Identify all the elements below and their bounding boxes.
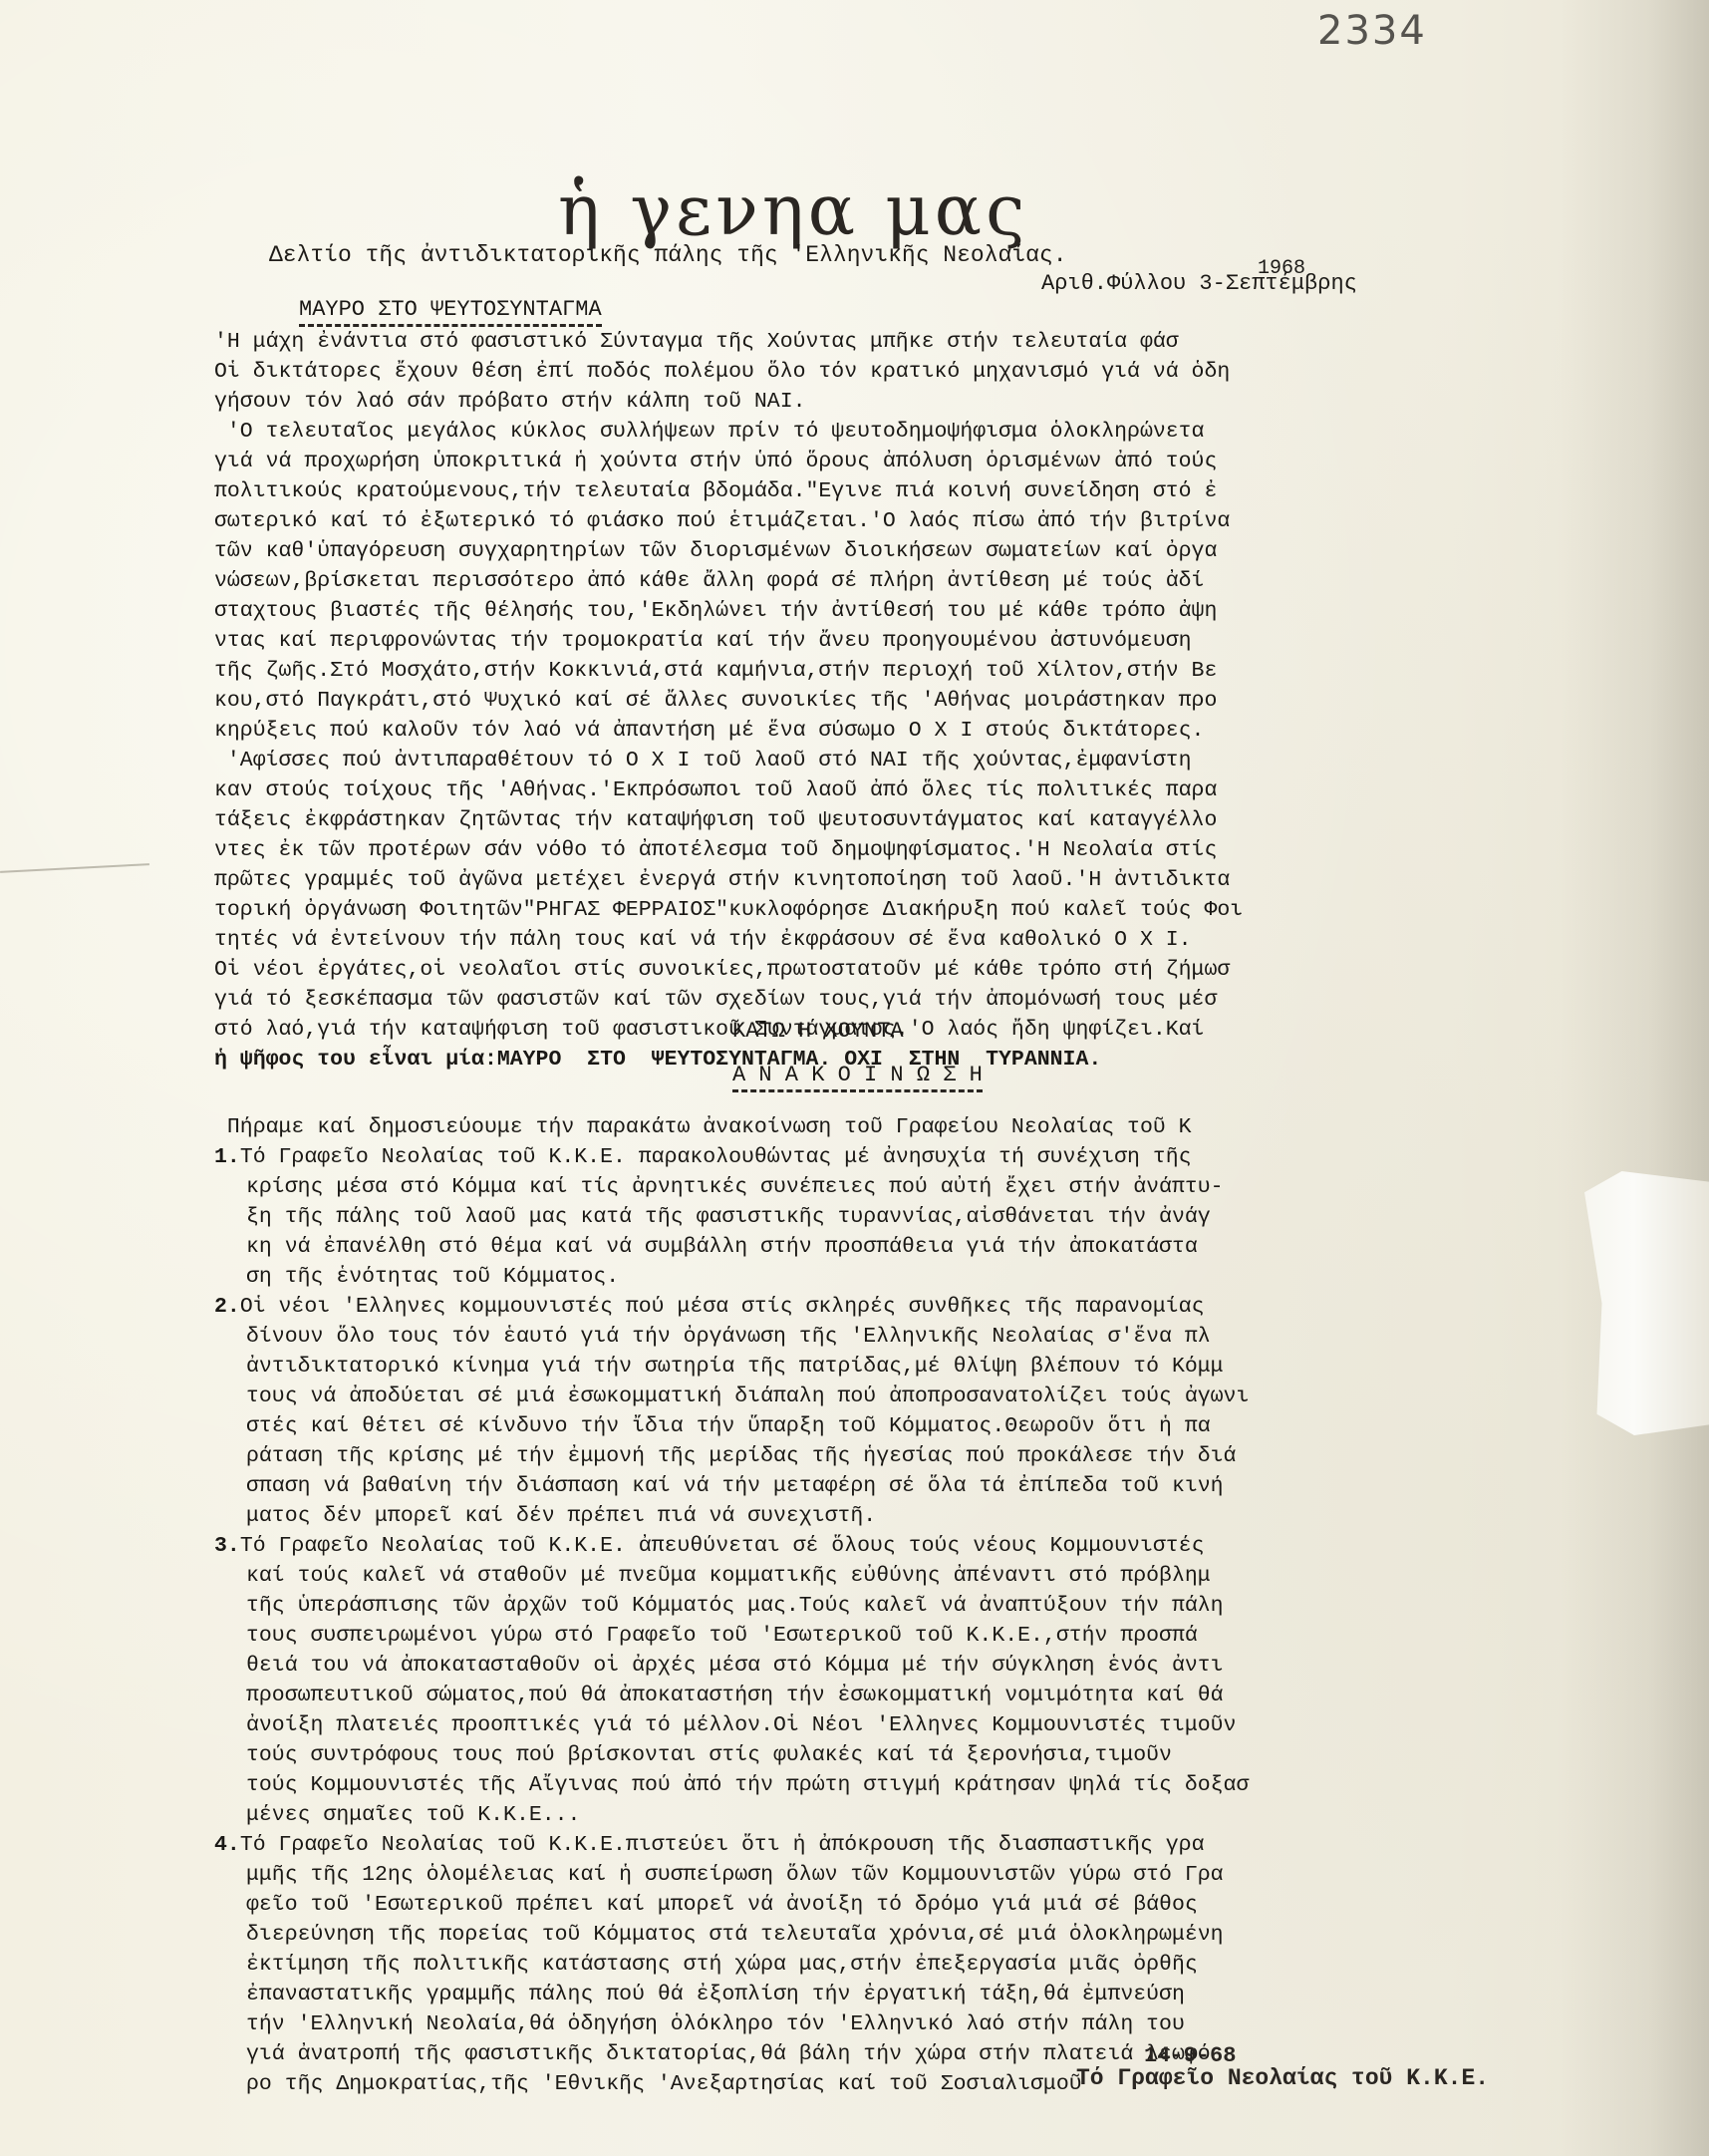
text-line: 'Η μάχη ἐνάντια στό φασιστικό Σύνταγμα τ…	[214, 327, 1589, 357]
text-line: δίνουν ὅλο τους τόν ἑαυτό γιά τήν ὀργάνω…	[214, 1322, 1589, 1352]
point-text: Τό Γραφεῖο Νεολαίας τοῦ Κ.Κ.Ε.πιστεύει ὅ…	[240, 1833, 1205, 1857]
text-line: νώσεων,βρίσκεται περισσότερο ἀπό κάθε ἄλ…	[214, 566, 1589, 596]
text-line: πολιτικούς κρατούμενους,τήν τελευταία βδ…	[214, 476, 1589, 506]
article-body: 'Η μάχη ἐνάντια στό φασιστικό Σύνταγμα τ…	[214, 327, 1589, 1075]
text-line: τορική ὀργάνωση Φοιτητῶν"ΡΗΓΑΣ ΦΕΡΡΑΙΟΣ"…	[214, 895, 1589, 925]
archive-number: 2334	[1317, 8, 1427, 54]
text-line: τῆς ζωῆς.Στό Μοσχάτο,στήν Κοκκινιά,στά κ…	[214, 656, 1589, 686]
text-line: ἀντιδικτατορικό κίνημα γιά τήν σωτηρία τ…	[214, 1352, 1589, 1382]
numbered-point-line: 2.Οἱ νέοι 'Ελληνες κομμουνιστές πού μέσα…	[214, 1292, 1589, 1322]
text-line: κρίσης μέσα στό Κόμμα καί τίς ἀρνητικές …	[214, 1172, 1589, 1202]
point-number: 3.	[214, 1534, 240, 1558]
text-line: φεῖο τοῦ 'Εσωτερικοῦ πρέπει καί μπορεῖ ν…	[214, 1890, 1589, 1920]
text-line: προσωπευτικοῦ σώματος,πού θά ἀποκαταστήσ…	[214, 1681, 1589, 1710]
text-line: 'Ο τελευταῖος μεγάλος κύκλος συλλήψεων π…	[214, 417, 1589, 447]
text-line: σπαση νά βαθαίνη τήν διάσπαση καί νά τήν…	[214, 1471, 1589, 1501]
text-line: ξη τῆς πάλης τοῦ λαοῦ μας κατά τῆς φασισ…	[214, 1202, 1589, 1232]
issue-number: Αριθ.Φύλλου 3-Σεπτέμβρης	[1041, 271, 1357, 296]
text-line: καί τούς καλεῖ νά σταθοῦν μέ πνεῦμα κομμ…	[214, 1561, 1589, 1591]
text-line: ράταση τῆς κρίσης μέ τήν ἐμμονή τῆς μερί…	[214, 1441, 1589, 1471]
text-line: κηρύξεις πού καλοῦν τόν λαό νά ἀπαντήση …	[214, 716, 1589, 746]
text-line: Οἱ δικτάτορες ἔχουν θέση ἐπί ποδός πολέμ…	[214, 357, 1589, 387]
section-title-anakoinosi: Α Ν Α Κ Ο Ι Ν Ω Σ Η	[732, 1063, 983, 1087]
text-line: στές καί θέτει σέ κίνδυνο τήν ἴδια τήν ὕ…	[214, 1411, 1589, 1441]
text-line: ἀνοίξη πλατειές προοπτικές γιά τό μέλλον…	[214, 1710, 1589, 1740]
announcement-intro: Πήραμε καί δημοσιεύουμε τήν παρακάτω ἀνα…	[214, 1112, 1589, 1142]
text-line: ἐπαναστατικῆς γραμμῆς πάλης πού θά ἐξοπλ…	[214, 1980, 1589, 2009]
text-line: τητές νά ἐντείνουν τήν πάλη τους καί νά …	[214, 925, 1589, 955]
point-number: 1.	[214, 1145, 240, 1169]
signature: Τό Γραφεῖο Νεολαίας τοῦ Κ.Κ.Ε.	[1076, 2065, 1489, 2091]
bulletin-subtitle: Δελτίο τῆς ἀντιδικτατορικῆς πάλης τῆς 'Ε…	[269, 242, 1067, 268]
text-line: ση τῆς ἑνότητας τοῦ Κόμματος.	[214, 1262, 1589, 1292]
text-line: γιά τό ξεσκέπασμα τῶν φασιστῶν καί τῶν σ…	[214, 985, 1589, 1015]
text-line: πρῶτες γραμμές τοῦ ἀγῶνα μετέχει ἐνεργά …	[214, 865, 1589, 895]
text-line: τούς συντρόφους τους πού βρίσκονται στίς…	[214, 1740, 1589, 1770]
text-line: τους συσπειρωμένοι γύρω στό Γραφεῖο τοῦ …	[214, 1621, 1589, 1651]
text-line: ντες ἐκ τῶν προτέρων σάν νόθο τό ἀποτέλε…	[214, 835, 1589, 865]
text-line: τούς Κομμουνιστές τῆς Αἴγινας πού ἀπό τή…	[214, 1770, 1589, 1800]
point-number: 2.	[214, 1295, 240, 1319]
text-line: κου,στό Παγκράτι,στό Ψυχικό καί σέ ἄλλες…	[214, 686, 1589, 716]
text-line: τους νά ἀποδύεται σέ μιά ἐσωκομματική δι…	[214, 1382, 1589, 1411]
text-line: καν στούς τοίχους τῆς 'Αθήνας.'Εκπρόσωπο…	[214, 775, 1589, 805]
text-line: τῆς ὑπεράσπισης τῶν ἀρχῶν τοῦ Κόμματός μ…	[214, 1591, 1589, 1621]
paper-tear	[1584, 1171, 1709, 1435]
text-line: ντας καί περιφρονώντας τήν τρομοκρατία κ…	[214, 626, 1589, 656]
section-title-text: Α Ν Α Κ Ο Ι Ν Ω Σ Η	[732, 1063, 983, 1092]
text-line: μμῆς τῆς 12ης ὁλομέλειας καί ἡ συσπείρωσ…	[214, 1860, 1589, 1890]
text-line: ματος δέν μπορεῖ καί δέν πρέπει πιά νά σ…	[214, 1501, 1589, 1531]
point-text: Οἱ νέοι 'Ελληνες κομμουνιστές πού μέσα σ…	[240, 1295, 1205, 1319]
text-line: κη νά ἐπανέλθη στό θέμα καί νά συμβάλλη …	[214, 1232, 1589, 1262]
masthead-title: ἡ γενηα μας	[558, 169, 1028, 251]
numbered-point-line: 4.Τό Γραφεῖο Νεολαίας τοῦ Κ.Κ.Ε.πιστεύει…	[214, 1830, 1589, 1860]
section-title-mavro: ΜΑΥΡΟ ΣΤΟ ΨΕΥΤΟΣΥΝΤΑΓΜΑ	[299, 297, 602, 322]
text-line: 'Αφίσσες πού ἀντιπαραθέτουν τό Ο Χ Ι τοῦ…	[214, 746, 1589, 775]
numbered-point-line: 3.Τό Γραφεῖο Νεολαίας τοῦ Κ.Κ.Ε. ἀπευθύν…	[214, 1531, 1589, 1561]
text-line: διερεύνηση τῆς πορείας τοῦ Κόμματος στά …	[214, 1920, 1589, 1950]
text-line: σταχτους βιαστές τῆς θέλησής του,'Εκδηλώ…	[214, 596, 1589, 626]
point-text: Τό Γραφεῖο Νεολαίας τοῦ Κ.Κ.Ε. ἀπευθύνετ…	[240, 1534, 1205, 1558]
section-title-text: ΜΑΥΡΟ ΣΤΟ ΨΕΥΤΟΣΥΝΤΑΓΜΑ	[299, 297, 602, 327]
text-line: γιά νά προχωρήση ὑποκριτικά ἡ χούντα στή…	[214, 447, 1589, 476]
text-line: τήν 'Ελληνική Νεολαία,θά ὁδηγήση ὁλόκληρ…	[214, 2009, 1589, 2039]
announcement-body: 1.Τό Γραφεῖο Νεολαίας τοῦ Κ.Κ.Ε. παρακολ…	[214, 1142, 1589, 2099]
point-number: 4.	[214, 1833, 240, 1857]
slogan-kato-i-xounta: ΚΑΤΩ Η ΧΟΥΝΤΑ	[732, 1019, 904, 1044]
text-line: θειά του νά ἀποκατασταθοῦν οἱ ἀρχές μέσα…	[214, 1651, 1589, 1681]
text-line: τάξεις ἐκφράστηκαν ζητῶντας τήν καταψήφι…	[214, 805, 1589, 835]
text-line: τῶν καθ'ὑπαγόρευση συγχαρητηρίων τῶν διο…	[214, 536, 1589, 566]
text-line: γήσουν τόν λαό σάν πρόβατο στήν κάλπη το…	[214, 387, 1589, 417]
text-line: ἐκτίμηση τῆς πολιτικῆς κατάστασης στή χώ…	[214, 1950, 1589, 1980]
numbered-point-line: 1.Τό Γραφεῖο Νεολαίας τοῦ Κ.Κ.Ε. παρακολ…	[214, 1142, 1589, 1172]
text-line: σωτερικό καί τό ἐξωτερικό τό φιάσκο πού …	[214, 506, 1589, 536]
point-text: Τό Γραφεῖο Νεολαίας τοῦ Κ.Κ.Ε. παρακολου…	[240, 1145, 1192, 1169]
text-line: μένες σημαῖες τοῦ Κ.Κ.Ε...	[214, 1800, 1589, 1830]
text-line: Οἱ νέοι ἐργάτες,οἱ νεολαῖοι στίς συνοικί…	[214, 955, 1589, 985]
